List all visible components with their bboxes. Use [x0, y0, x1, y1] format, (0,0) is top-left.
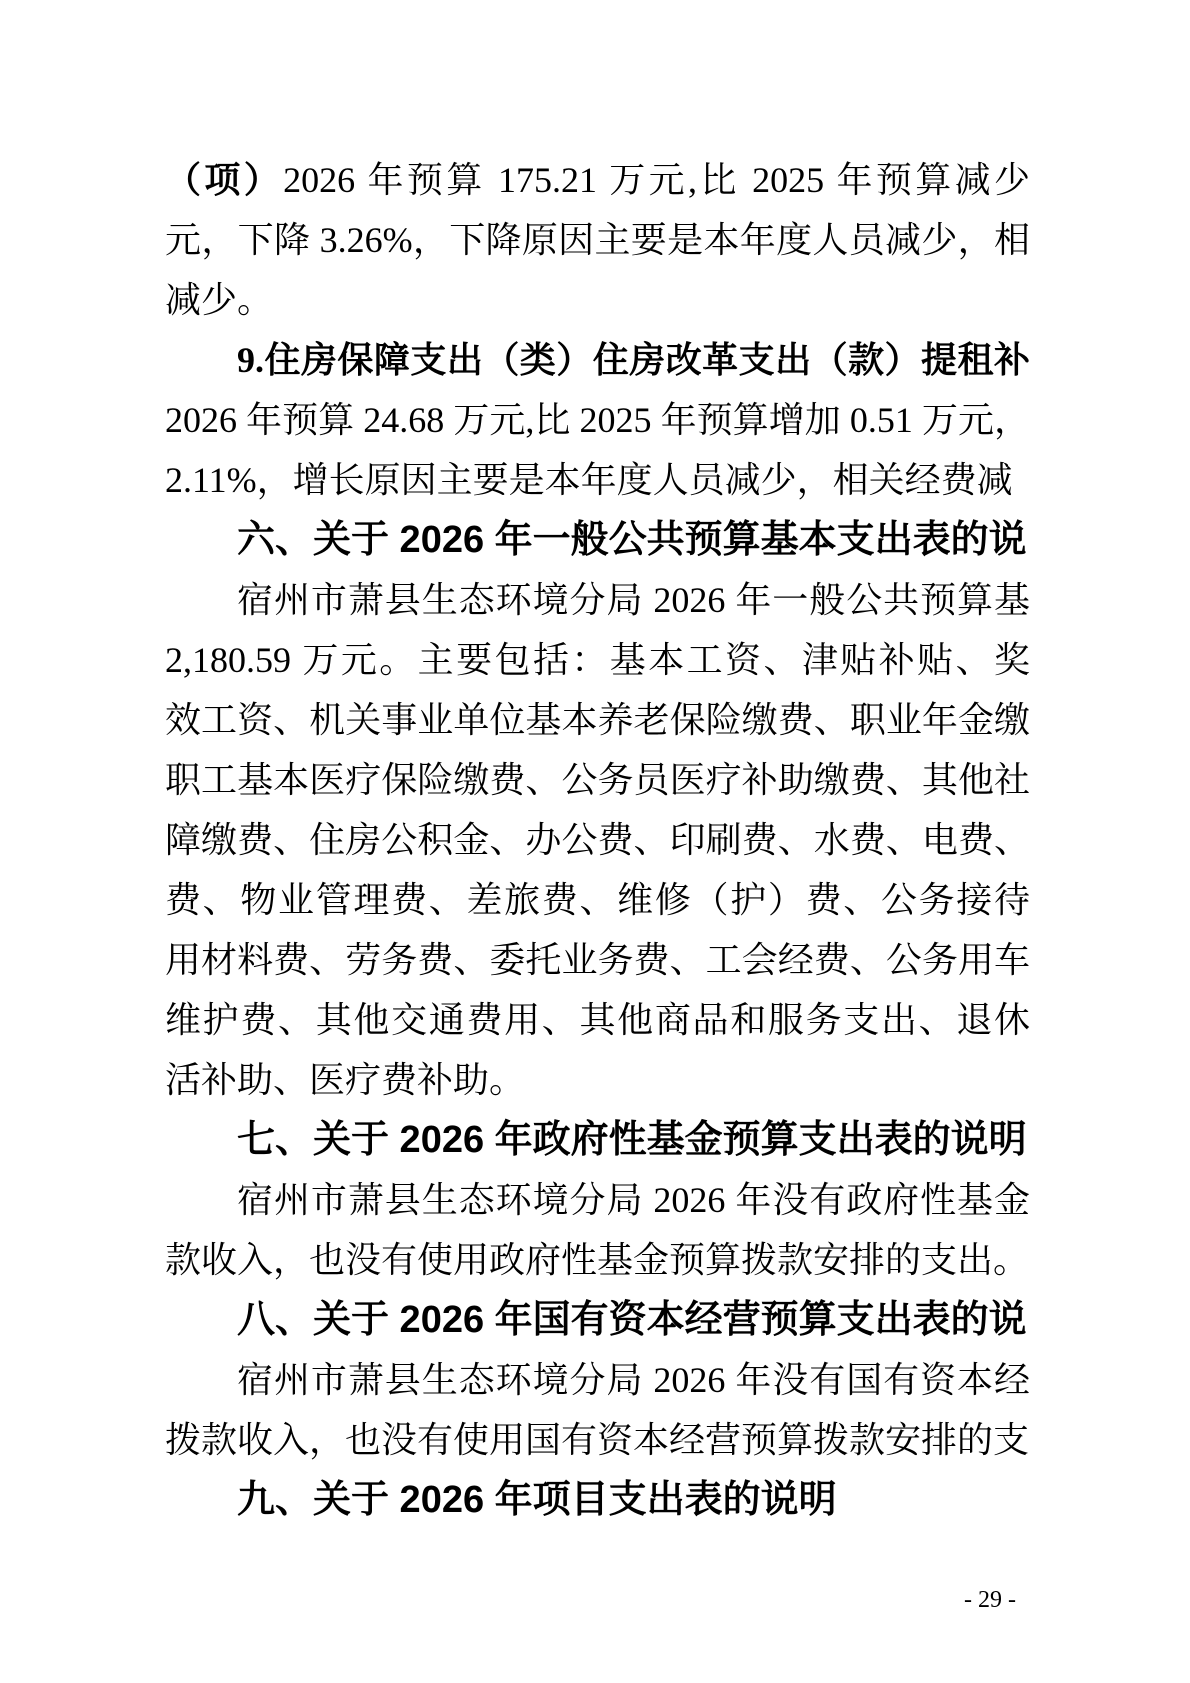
- body-line: 维护费、其他交通费用、其他商品和服务支出、退休费、生: [165, 990, 1030, 1050]
- bold-text-segment: （项）: [165, 160, 283, 200]
- body-line: 障缴费、住房公积金、办公费、印刷费、水费、电费、邮电: [165, 810, 1030, 870]
- body-text-segment: 2026 年预算 175.21 万元,比 2025 年预算减少 5.91 万: [165, 160, 1030, 210]
- body-line: 费、物业管理费、差旅费、维修（护）费、公务接待费、专: [165, 870, 1030, 930]
- section-heading-six: 六、关于 2026 年一般公共预算基本支出表的说明: [165, 510, 1030, 570]
- document-page: （项）2026 年预算 175.21 万元,比 2025 年预算减少 5.91 …: [0, 0, 1190, 1683]
- body-line: 2026 年预算 24.68 万元,比 2025 年预算增加 0.51 万元，增…: [165, 390, 1030, 450]
- section-heading-nine: 九、关于 2026 年项目支出表的说明: [165, 1470, 1030, 1530]
- body-line: 职工基本医疗保险缴费、公务员医疗补助缴费、其他社会保: [165, 750, 1030, 810]
- document-content: （项）2026 年预算 175.21 万元,比 2025 年预算减少 5.91 …: [165, 150, 1030, 1530]
- body-line: 2,180.59 万元。主要包括：基本工资、津贴补贴、奖金、绩: [165, 630, 1030, 690]
- numbered-item-heading: 9.住房保障支出（类）住房改革支出（款）提租补贴（项）: [165, 330, 1030, 390]
- body-line: 宿州市萧县生态环境分局 2026 年没有政府性基金预算拨: [165, 1170, 1030, 1230]
- body-line: 效工资、机关事业单位基本养老保险缴费、职业年金缴费、: [165, 690, 1030, 750]
- body-line: 用材料费、劳务费、委托业务费、工会经费、公务用车运行: [165, 930, 1030, 990]
- body-line: 活补助、医疗费补助。: [165, 1050, 1030, 1110]
- body-line: 款收入，也没有使用政府性基金预算拨款安排的支出。: [165, 1230, 1030, 1290]
- body-line: （项）2026 年预算 175.21 万元,比 2025 年预算减少 5.91 …: [165, 150, 1030, 210]
- section-heading-seven: 七、关于 2026 年政府性基金预算支出表的说明: [165, 1110, 1030, 1170]
- body-line: 拨款收入，也没有使用国有资本经营预算拨款安排的支出。: [165, 1410, 1030, 1470]
- body-line: 宿州市萧县生态环境分局 2026 年没有国有资本经营预算: [165, 1350, 1030, 1410]
- body-line: 减少。: [165, 270, 1030, 330]
- body-line: 宿州市萧县生态环境分局 2026 年一般公共预算基本支出: [165, 570, 1030, 630]
- body-line: 元，下降 3.26%，下降原因主要是本年度人员减少，相关经费: [165, 210, 1030, 270]
- page-number: - 29 -: [930, 1585, 1050, 1615]
- section-heading-eight: 八、关于 2026 年国有资本经营预算支出表的说明: [165, 1290, 1030, 1350]
- body-line: 2.11%，增长原因主要是本年度人员减少，相关经费减少。: [165, 450, 1030, 510]
